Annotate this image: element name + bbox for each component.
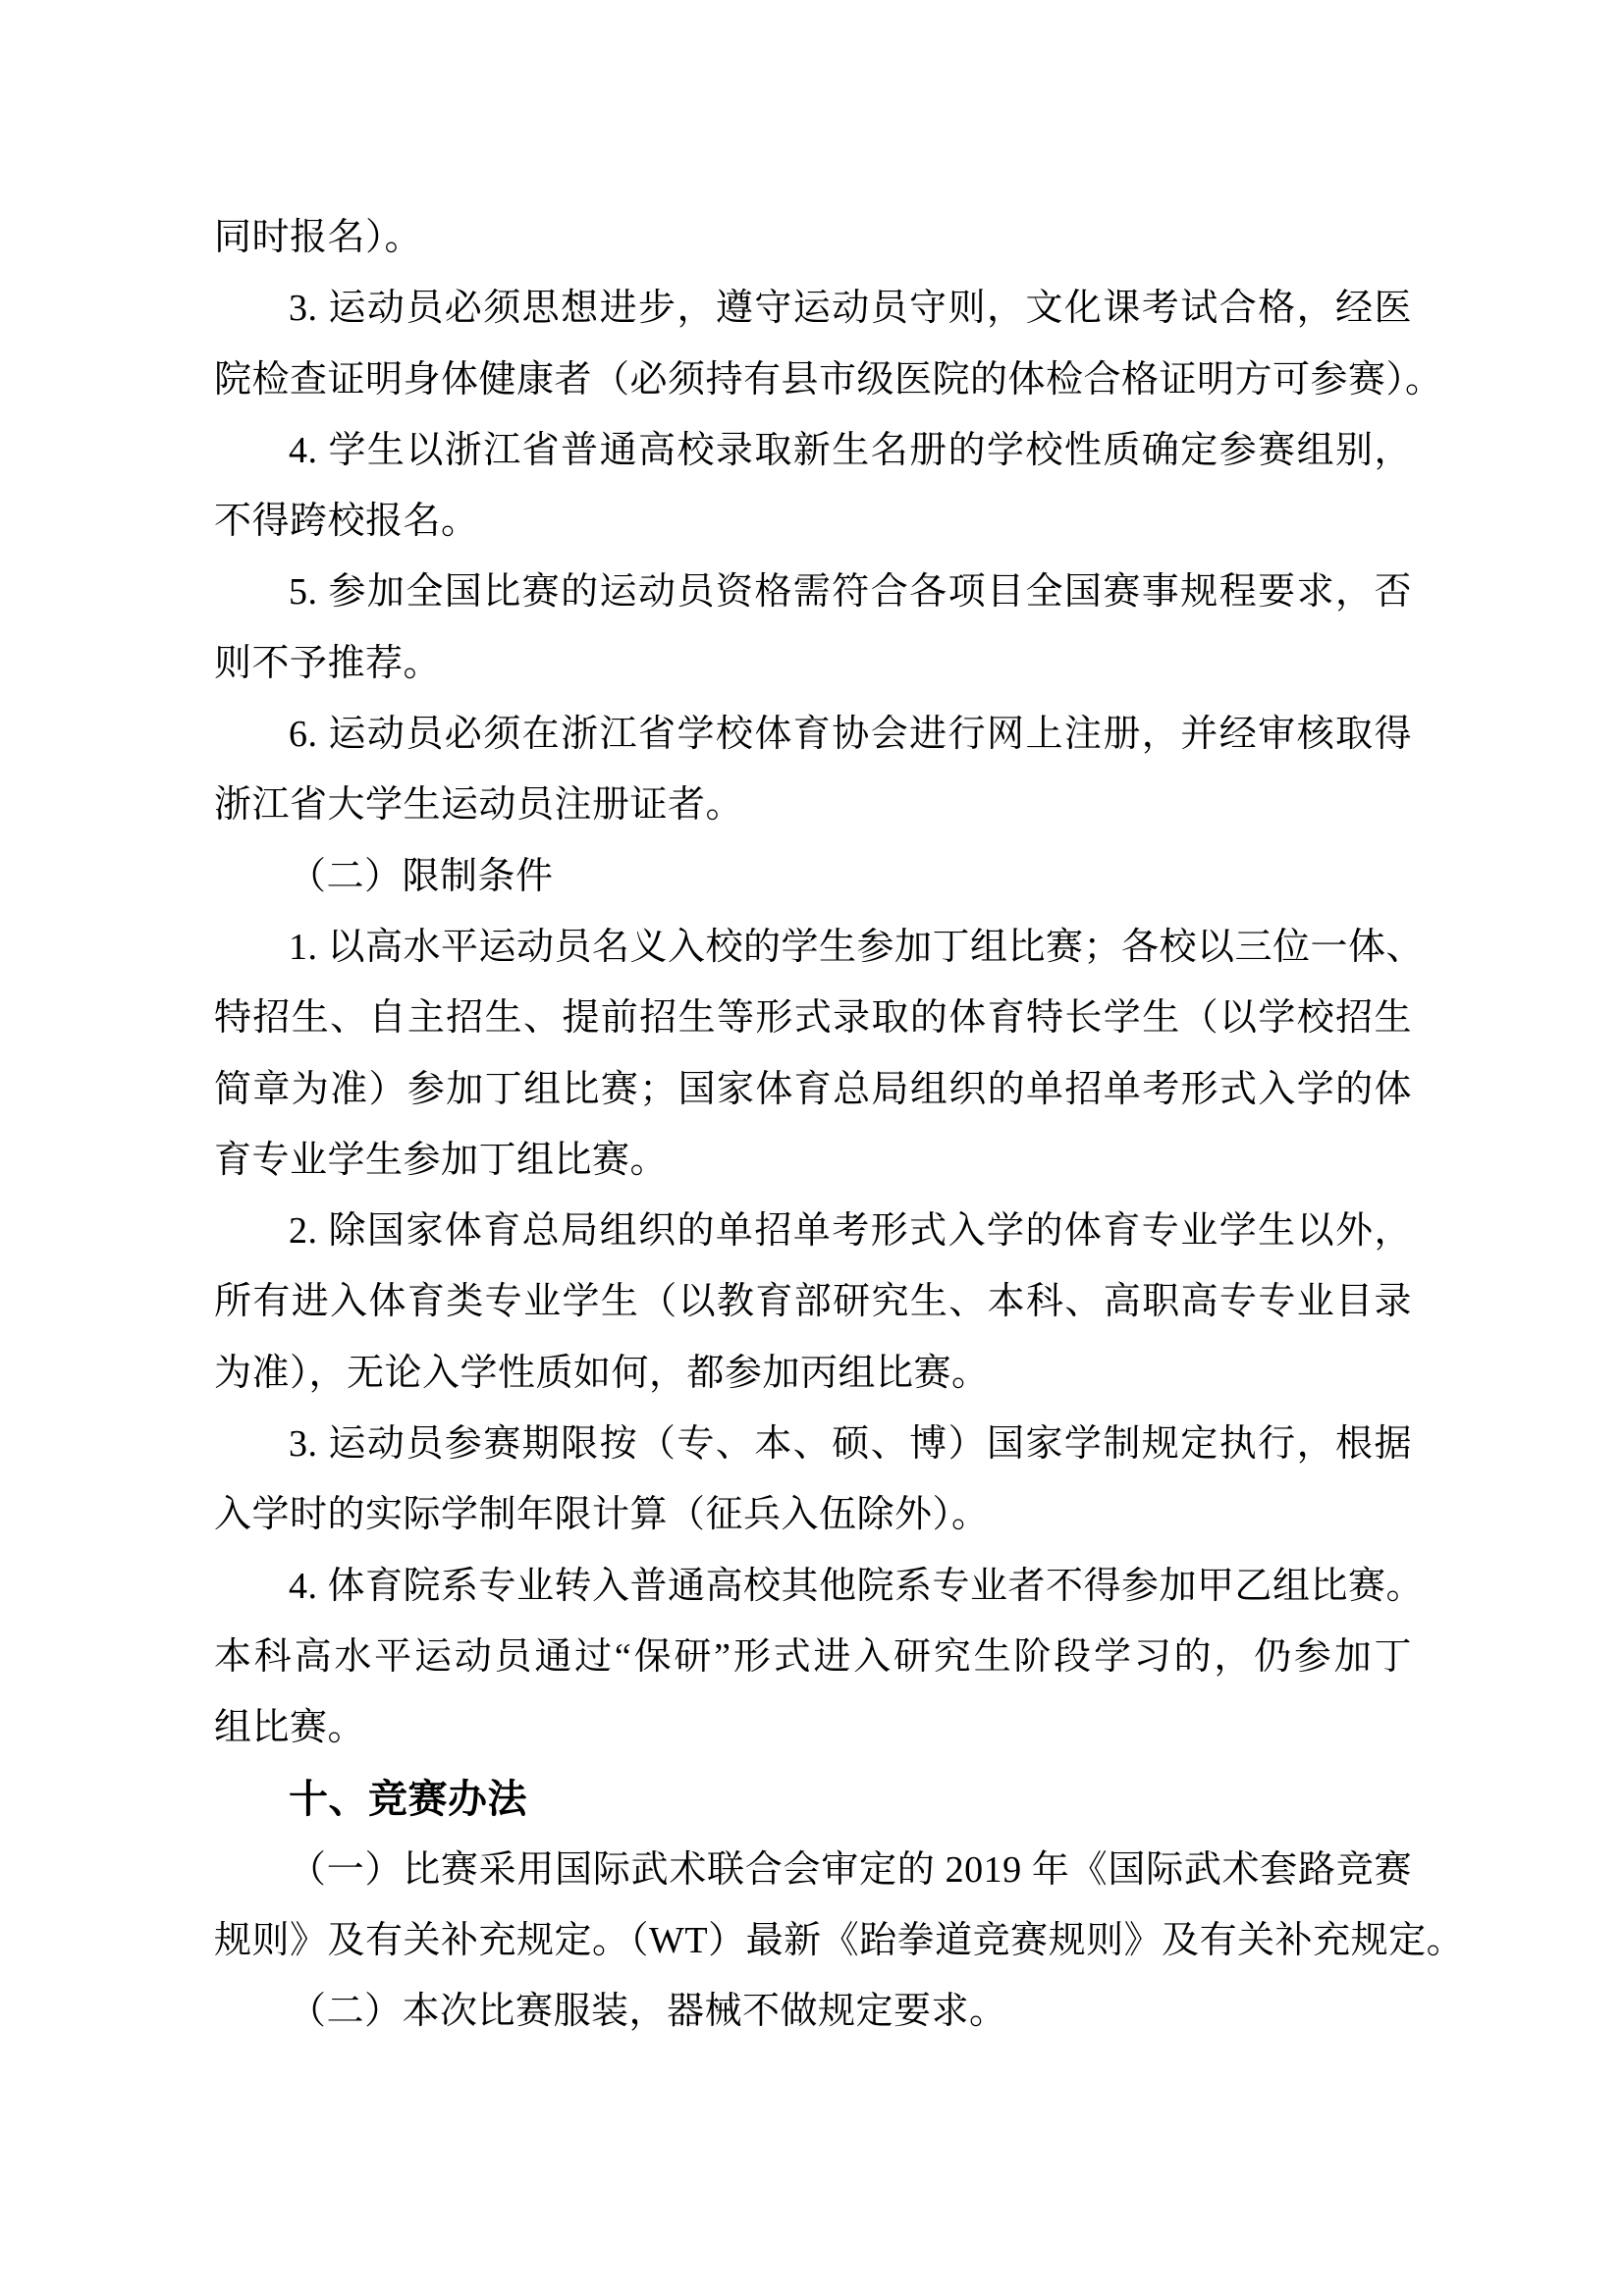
paragraph-line: 所有进入体育类专业学生（以教育部研究生、本科、高职高专专业目录 — [214, 1266, 1412, 1337]
paragraph-line: 院检查证明身体健康者（必须持有县市级医院的体检合格证明方可参赛）。 — [214, 345, 1412, 415]
paragraph-line: 2. 除国家体育总局组织的单招单考形式入学的体育专业学生以外， — [214, 1196, 1412, 1266]
paragraph-line: 则不予推荐。 — [214, 628, 1412, 699]
paragraph-line: 特招生、自主招生、提前招生等形式录取的体育特长学生（以学校招生 — [214, 983, 1412, 1053]
document-page: 同时报名）。3. 运动员必须思想进步，遵守运动员守则，文化课考试合格，经医院检查… — [0, 0, 1624, 2296]
document-body: 同时报名）。3. 运动员必须思想进步，遵守运动员守则，文化课考试合格，经医院检查… — [214, 202, 1412, 2048]
paragraph-line: （一）比赛采用国际武术联合会审定的 2019 年《国际武术套路竞赛 — [214, 1835, 1412, 1905]
paragraph-line: 为准），无论入学性质如何，都参加丙组比赛。 — [214, 1338, 1412, 1409]
paragraph-line: 3. 运动员必须思想进步，遵守运动员守则，文化课考试合格，经医 — [214, 273, 1412, 344]
paragraph-line: 规则》及有关补充规定。（WT）最新《跆拳道竞赛规则》及有关补充规定。 — [214, 1905, 1412, 1976]
paragraph-line: 1. 以高水平运动员名义入校的学生参加丁组比赛；各校以三位一体、 — [214, 912, 1412, 983]
paragraph-line: 本科高水平运动员通过“保研”形式进入研究生阶段学习的，仍参加丁 — [214, 1622, 1412, 1692]
paragraph-line: 浙江省大学生运动员注册证者。 — [214, 770, 1412, 840]
paragraph-line: 简章为准）参加丁组比赛；国家体育总局组织的单招单考形式入学的体 — [214, 1054, 1412, 1125]
paragraph-line: 同时报名）。 — [214, 202, 1412, 273]
paragraph-line: 育专业学生参加丁组比赛。 — [214, 1125, 1412, 1196]
paragraph-line: （二）本次比赛服装，器械不做规定要求。 — [214, 1976, 1412, 2047]
paragraph-line: 4. 体育院系专业转入普通高校其他院系专业者不得参加甲乙组比赛。 — [214, 1551, 1412, 1622]
paragraph-line: （二）限制条件 — [214, 841, 1412, 912]
paragraph-line: 入学时的实际学制年限计算（征兵入伍除外）。 — [214, 1479, 1412, 1550]
paragraph-line: 4. 学生以浙江省普通高校录取新生名册的学校性质确定参赛组别， — [214, 415, 1412, 486]
section-heading: 十、竞赛办法 — [214, 1764, 1412, 1835]
paragraph-line: 不得跨校报名。 — [214, 486, 1412, 557]
paragraph-line: 5. 参加全国比赛的运动员资格需符合各项目全国赛事规程要求，否 — [214, 557, 1412, 627]
paragraph-line: 组比赛。 — [214, 1692, 1412, 1763]
paragraph-line: 6. 运动员必须在浙江省学校体育协会进行网上注册，并经审核取得 — [214, 699, 1412, 770]
paragraph-line: 3. 运动员参赛期限按（专、本、硕、博）国家学制规定执行，根据 — [214, 1409, 1412, 1479]
